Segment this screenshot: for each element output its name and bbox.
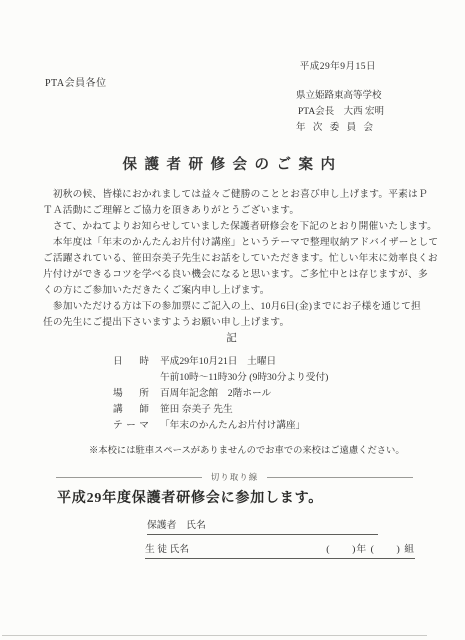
scan-edge-artifact: [2, 635, 427, 636]
detail-value: 笹田 奈美子 先生: [160, 402, 233, 418]
letter-date: 平成29年9月15日: [0, 58, 376, 72]
body-line: 片付けができるコツを学べる良い機会になると思います。ご多忙中とは存じますが、多: [43, 267, 438, 283]
guardian-name-label: 保護者 氏名: [147, 517, 206, 531]
detail-row-theme: テーマ 「年末のかんたんお片付け講座」: [113, 418, 328, 434]
sender-committee: 年次委員会: [296, 119, 373, 133]
student-name-label: 生 徒 氏名: [145, 541, 189, 555]
detail-row-datetime: 日時 平成29年10月21日 土曜日: [113, 354, 328, 370]
detail-row-place: 場所 百周年記念館 2階ホール: [113, 386, 328, 402]
cut-line-segment: [267, 477, 413, 478]
detail-row-time: 午前10時～11時30分 (9時30分より受付): [113, 370, 328, 386]
cut-line-label: 切り取り線: [211, 471, 259, 483]
sender-president: PTA会長 大西 宏明: [298, 103, 384, 117]
detail-label: テーマ: [113, 418, 149, 434]
detail-label: [113, 370, 149, 386]
detail-value: 午前10時～11時30分 (9時30分より受付): [160, 370, 328, 386]
detail-value: 平成29年10月21日 土曜日: [160, 354, 276, 370]
scanned-letter-page: 平成29年9月15日 PTA会員各位 県立姫路東高等学校 PTA会長 大西 宏明…: [0, 0, 465, 640]
body-line: ＴＡ活動にご理解とご協力を頂きありがとうございます。: [43, 203, 438, 219]
cut-line-segment: [56, 477, 202, 478]
recipient-line: PTA会員各位: [45, 74, 107, 89]
body-line: ご活躍されている、笹田奈美子先生にお話をしていただきます。忙しい年末に効率良くお: [43, 251, 438, 267]
body-line: くの方にご参加いただきたくご案内申し上げます。: [43, 283, 438, 299]
detail-value: 「年末のかんたんお片付け講座」: [160, 418, 305, 434]
detail-label: 場所: [113, 386, 149, 402]
body-line: 任の先生にご提出下さいますようお願い申し上げます。: [43, 315, 438, 331]
student-year-class-suffix: ( )年 ( ) 組: [326, 541, 415, 555]
body-line: 初秋の候、皆様におかれましては益々ご健勝のこととお喜び申し上げます。平素はＰ: [43, 187, 438, 203]
slip-statement: 平成29年度保護者研修会に参加します。: [57, 487, 323, 507]
body-line: 参加いただける方は下の参加票にご記入の上、10月6日(金)までにお子様を通じて担: [43, 299, 438, 315]
detail-value: 百周年記念館 2階ホール: [160, 386, 271, 402]
document-title: 保護者研修会のご案内: [0, 153, 465, 174]
detail-label: 日時: [113, 354, 149, 370]
body-line: 本年度は「年末のかんたんお片付け講座」というテーマで整理収納アドバイザーとして: [43, 235, 438, 251]
parking-note: ※本校には駐車スペースがありませんのでお車での来校はご遠慮ください。: [89, 442, 405, 456]
cut-line: 切り取り線: [56, 471, 413, 483]
detail-row-lecturer: 講師 笹田 奈美子 先生: [113, 402, 328, 418]
sender-school: 県立姫路東高等学校: [296, 87, 382, 101]
student-name-field: 生 徒 氏名 ( )年 ( ) 組: [145, 541, 415, 559]
event-details: 日時 平成29年10月21日 土曜日 午前10時～11時30分 (9時30分より…: [113, 354, 328, 434]
body-line: さて、かねてよりお知らせしていました保護者研修会を下記のとおり開催いたします。: [43, 219, 438, 235]
guardian-name-field: 保護者 氏名: [147, 517, 378, 535]
body-paragraphs: 初秋の候、皆様におかれましては益々ご健勝のこととお喜び申し上げます。平素はＰ Ｔ…: [43, 187, 438, 331]
detail-label: 講師: [113, 402, 149, 418]
record-marker: 記: [0, 330, 465, 345]
